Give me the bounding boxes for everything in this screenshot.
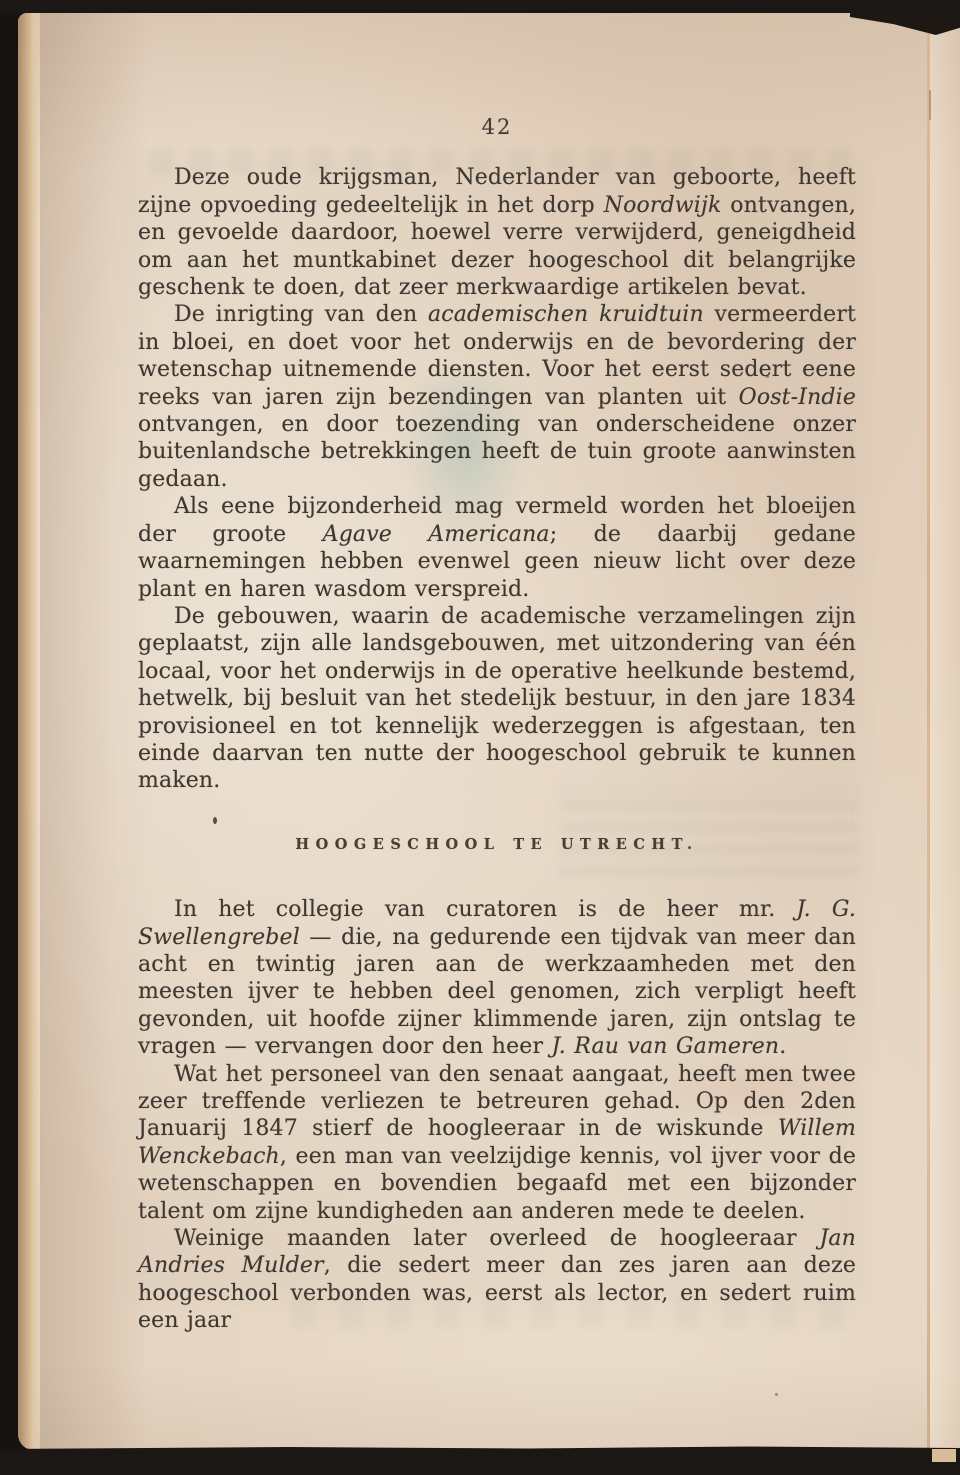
italic-run: academischen kruidtuin	[428, 302, 704, 327]
text-run: Weinige maanden later overleed de hoogle…	[174, 1226, 819, 1251]
page-crease	[927, 13, 930, 1450]
italic-run: Agave Americana	[323, 522, 550, 547]
paragraph: In het collegie van curatoren is de heer…	[138, 896, 856, 1060]
section-heading: HOOGESCHOOL TE UTRECHT.	[138, 831, 856, 858]
ink-speck	[775, 1393, 778, 1396]
facing-page-edge	[930, 13, 960, 1450]
text-run: De gebouwen, waarin de academische verza…	[138, 604, 856, 793]
scanner-mat-bottom	[0, 1449, 960, 1475]
paragraph: De inrigting van den academischen kruidt…	[138, 301, 856, 493]
italic-run: Oost-Indie	[739, 385, 856, 410]
page-fore-edge	[18, 13, 40, 1450]
text-run: Wat het personeel van den senaat aangaat…	[138, 1062, 856, 1142]
scanned-book-page: 42 Deze oude krijgsman, Nederlander van …	[0, 0, 960, 1475]
text-run: In het collegie van curatoren is de heer…	[174, 897, 796, 922]
page-number: 42	[138, 114, 856, 141]
paragraph: Als eene bijzonderheid mag vermeld worde…	[138, 493, 856, 603]
text-sections: Deze oude krijgsman, Nederlander van geb…	[138, 164, 856, 1334]
text-run: ontvangen, en door toezending van onders…	[138, 412, 856, 492]
paragraph: De gebouwen, waarin de academische verza…	[138, 603, 856, 795]
text-run: De inrigting van den	[174, 302, 428, 327]
paragraph: Weinige maanden later overleed de hoogle…	[138, 1225, 856, 1335]
text-run: .	[779, 1034, 786, 1059]
page-bottom-edge	[932, 1449, 956, 1462]
paragraph: Wat het personeel van den senaat aangaat…	[138, 1061, 856, 1225]
paper-scratch	[929, 90, 931, 120]
italic-run: Noordwijk	[604, 193, 722, 218]
paragraph: Deze oude krijgsman, Nederlander van geb…	[138, 164, 856, 301]
page-text: 42 Deze oude krijgsman, Nederlander van …	[138, 114, 856, 1335]
italic-run: J. Rau van Gameren	[551, 1034, 779, 1059]
scanner-mat-top	[0, 0, 960, 13]
